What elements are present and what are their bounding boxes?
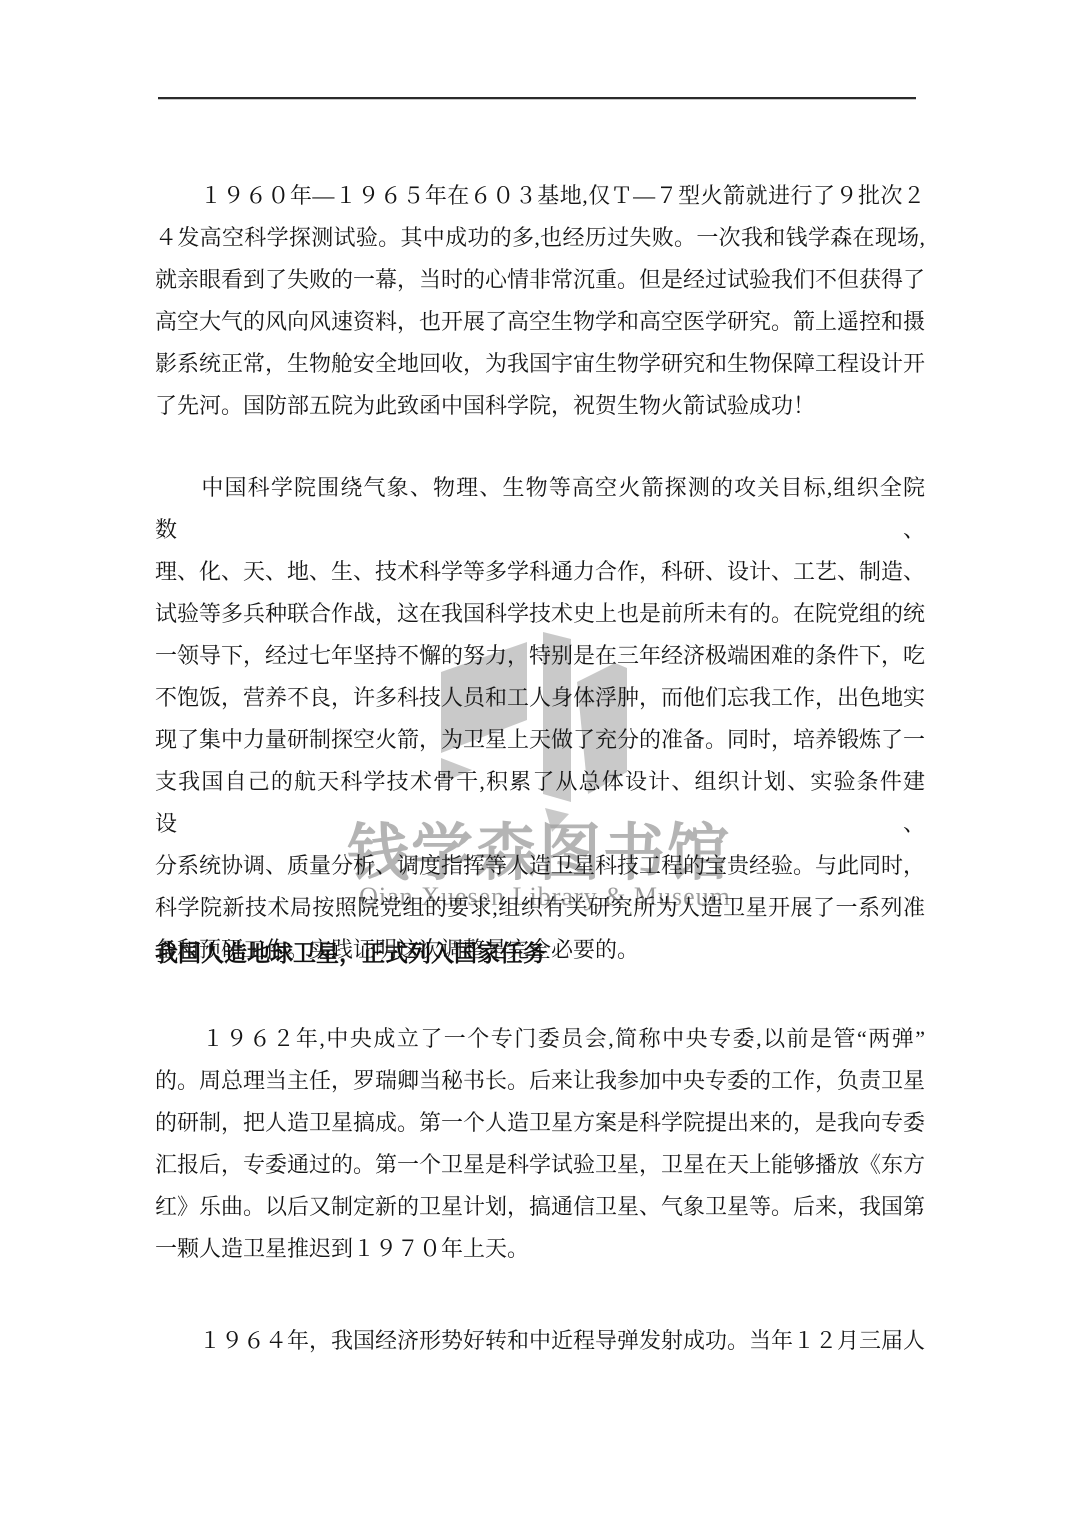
- paragraph-line: 支我国自己的航天科学技术骨干,积累了从总体设计、组织计划、实验条件建设、: [155, 761, 925, 845]
- paragraph-line: １９６０年—１９６５年在６０３基地,仅Ｔ—７型火箭就进行了９批次２: [155, 175, 925, 217]
- paragraph-line: 一颗人造卫星推迟到１９７０年上天。: [155, 1228, 925, 1270]
- paragraph-line: 一领导下，经过七年坚持不懈的努力，特别是在三年经济极端困难的条件下，吃: [155, 635, 925, 677]
- header-rule: [158, 97, 916, 99]
- paragraph-line: １９６２年,中央成立了一个专门委员会,简称中央专委,以前是管“两弹”: [155, 1018, 925, 1060]
- paragraph-line: 的。周总理当主任，罗瑞卿当秘书长。后来让我参加中央专委的工作，负责卫星: [155, 1060, 925, 1102]
- paragraph-line: 的研制，把人造卫星搞成。第一个人造卫星方案是科学院提出来的，是我向专委: [155, 1102, 925, 1144]
- paragraph-line: 汇报后，专委通过的。第一个卫星是科学试验卫星，卫星在天上能够播放《东方: [155, 1144, 925, 1186]
- paragraph-1: １９６０年—１９６５年在６０３基地,仅Ｔ—７型火箭就进行了９批次２ ４发高空科学…: [155, 175, 925, 427]
- paragraph-line: 分系统协调、质量分析、调度指挥等人造卫星科技工程的宝贵经验。与此同时，: [155, 845, 925, 887]
- paragraph-line: 影系统正常，生物舱安全地回收，为我国宇宙生物学研究和生物保障工程设计开: [155, 343, 925, 385]
- paragraph-line: 试验等多兵种联合作战，这在我国科学技术史上也是前所未有的。在院党组的统: [155, 593, 925, 635]
- paragraph-line: １９６４年，我国经济形势好转和中近程导弹发射成功。当年１２月三届人: [155, 1320, 925, 1362]
- paragraph-line: 理、化、天、地、生、技术科学等多学科通力合作，科研、设计、工艺、制造、: [155, 551, 925, 593]
- paragraph-line: 了先河。国防部五院为此致函中国科学院，祝贺生物火箭试验成功！: [155, 385, 925, 427]
- paragraph-line: 中国科学院围绕气象、物理、生物等高空火箭探测的攻关目标,组织全院数、: [155, 467, 925, 551]
- paragraph-line: 红》乐曲。以后又制定新的卫星计划，搞通信卫星、气象卫星等。后来，我国第: [155, 1186, 925, 1228]
- paragraph-line: 科学院新技术局按照院党组的要求,组织有关研究所为人造卫星开展了一系列准: [155, 887, 925, 929]
- document-page: 钱学森图书馆 Qian Xuesen Library & Museum １９６０…: [0, 0, 1074, 1520]
- paragraph-2: 中国科学院围绕气象、物理、生物等高空火箭探测的攻关目标,组织全院数、 理、化、天…: [155, 467, 925, 971]
- paragraph-line: 不饱饭，营养不良，许多科技人员和工人身体浮肿，而他们忘我工作，出色地实: [155, 677, 925, 719]
- section-heading: 我国人造地球卫星，正式列入国家任务: [155, 933, 925, 975]
- paragraph-line: 现了集中力量研制探空火箭，为卫星上天做了充分的准备。同时，培养锻炼了一: [155, 719, 925, 761]
- paragraph-3: １９６２年,中央成立了一个专门委员会,简称中央专委,以前是管“两弹” 的。周总理…: [155, 1018, 925, 1270]
- paragraph-line: 就亲眼看到了失败的一幕，当时的心情非常沉重。但是经过试验我们不但获得了: [155, 259, 925, 301]
- paragraph-line: ４发高空科学探测试验。其中成功的多,也经历过失败。一次我和钱学森在现场,: [155, 217, 925, 259]
- paragraph-4: １９６４年，我国经济形势好转和中近程导弹发射成功。当年１２月三届人: [155, 1320, 925, 1362]
- paragraph-line: 高空大气的风向风速资料，也开展了高空生物学和高空医学研究。箭上遥控和摄: [155, 301, 925, 343]
